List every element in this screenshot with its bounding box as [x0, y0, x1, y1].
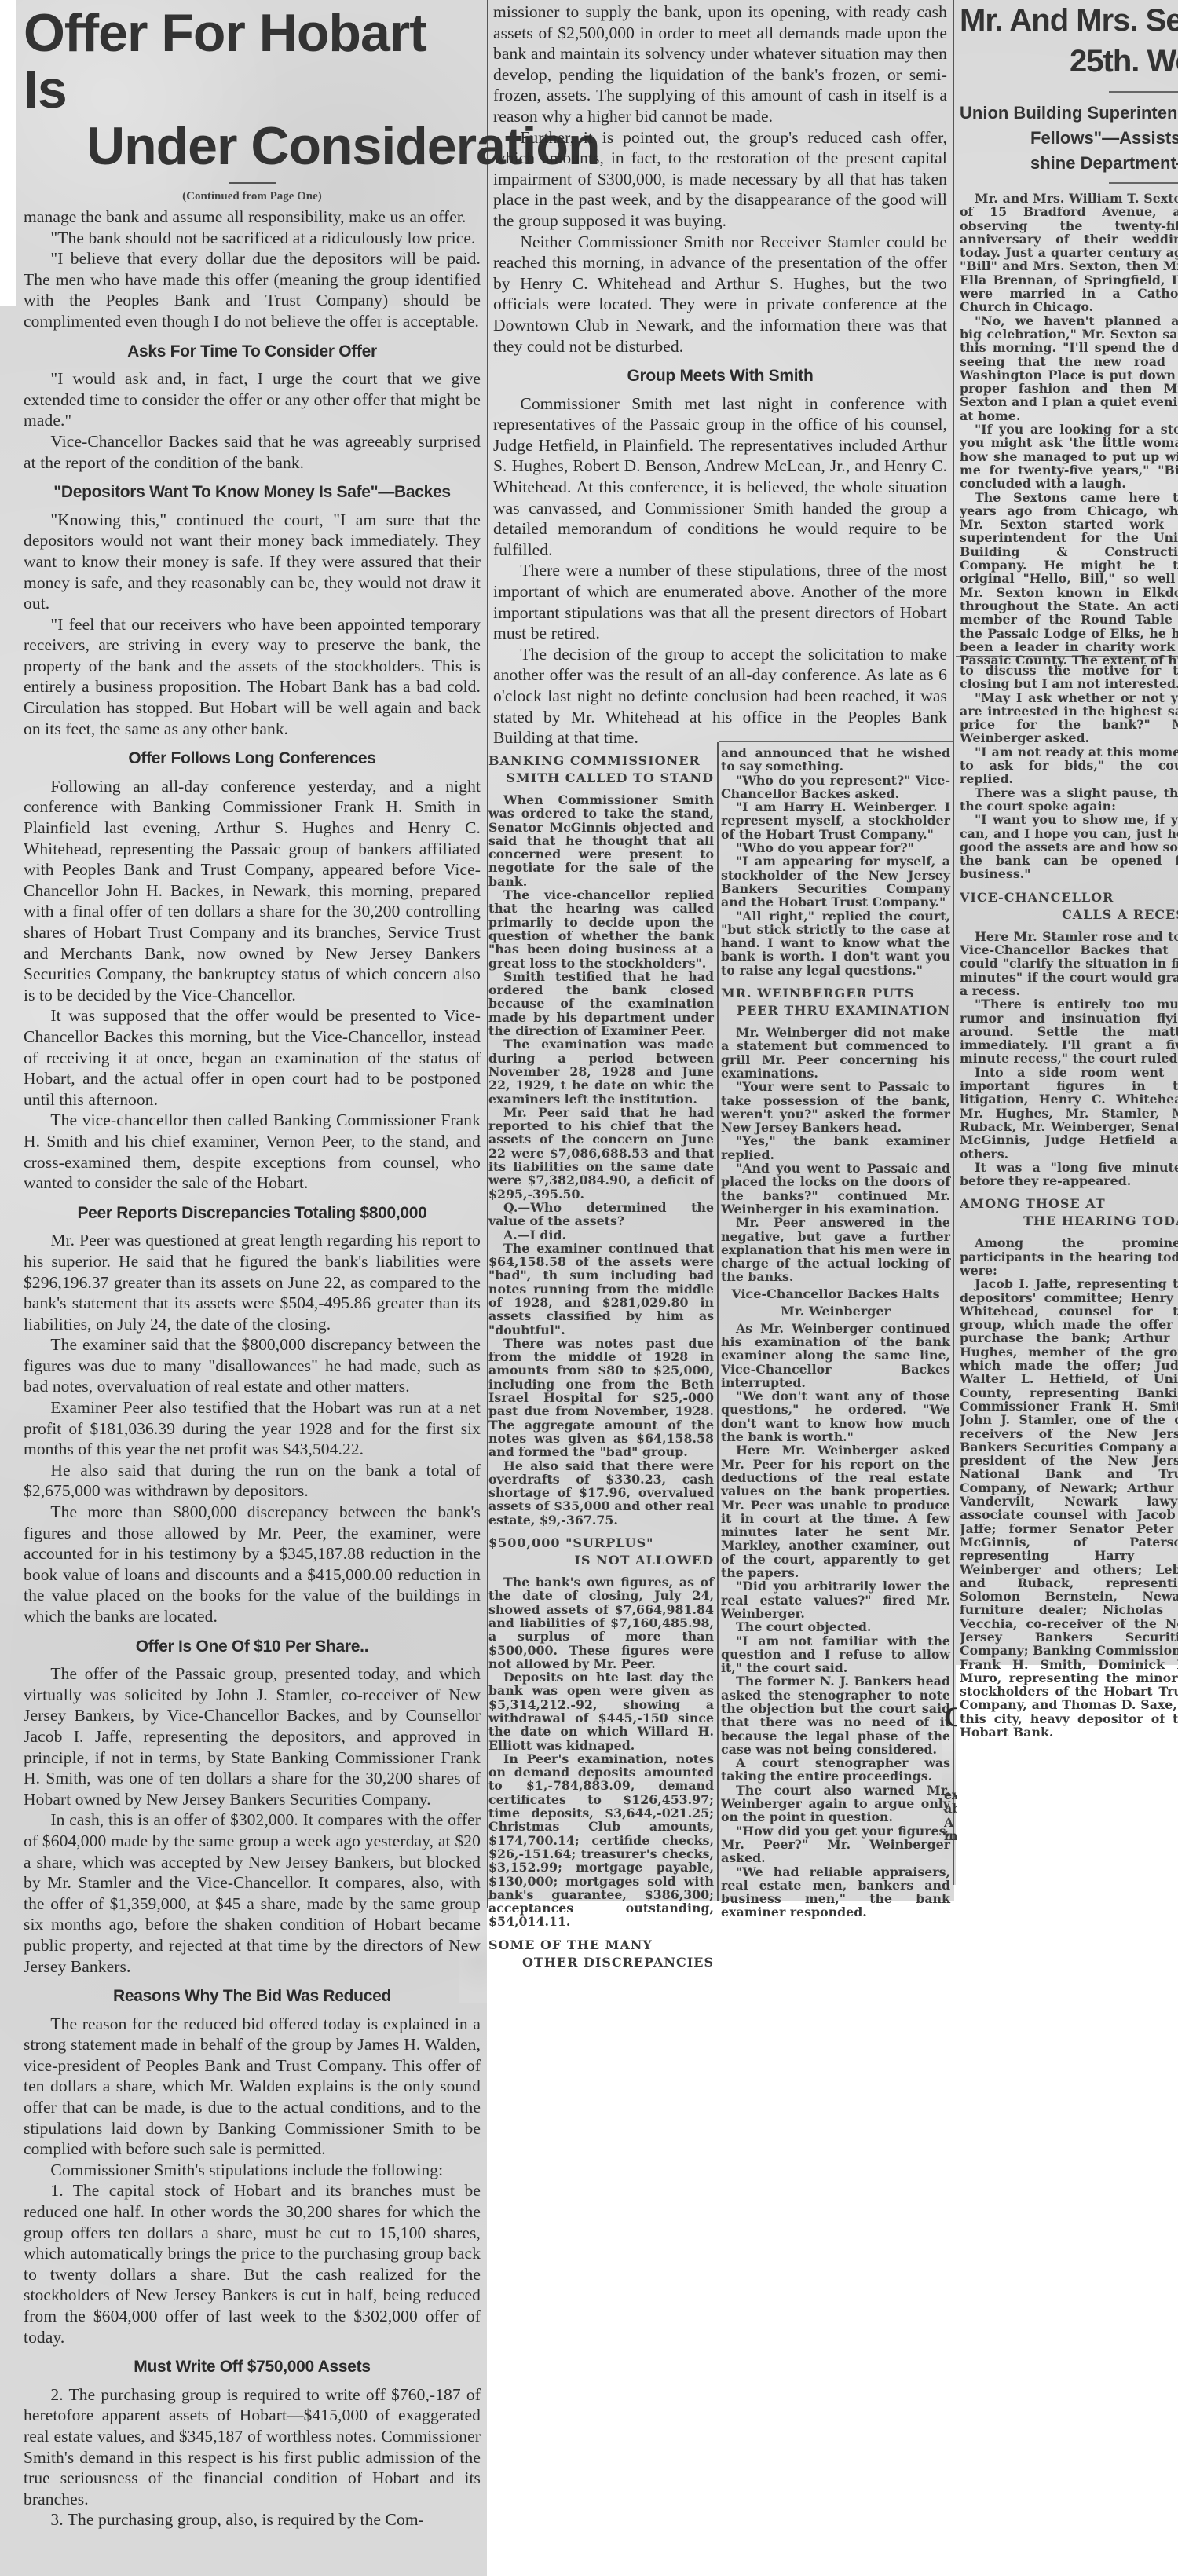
paragraph: "And you went to Passaic and placed the … [721, 1162, 950, 1216]
paragraph: "There is entirely too much rumor and in… [960, 997, 1178, 1065]
paragraph: "I would ask and, in fact, I urge the co… [24, 368, 481, 431]
paragraph: Vice-Chancellor Backes said that he was … [24, 431, 481, 473]
paragraph: Commissioner Smith met last night in con… [493, 393, 947, 561]
paragraph: Deposits on hte last day the bank was op… [488, 1670, 714, 1752]
heading-line: AMONG THOSE AT [960, 1195, 1178, 1213]
middle-right-column: and announced that he wished to say some… [721, 746, 950, 1919]
headline-line-1: Offer For Hobart Is [24, 5, 481, 118]
paragraph: A.—I did. [488, 1228, 714, 1242]
paragraph: "If you are looking for a story you migh… [960, 423, 1178, 490]
paragraph: Smith testified that he had ordered the … [488, 970, 714, 1037]
paragraph: "I am Harry H. Weinberger. I represent m… [721, 800, 950, 841]
divider [1109, 91, 1178, 93]
fragment-line: A [944, 1816, 957, 1829]
paragraph: "We don't want any of those questions," … [721, 1389, 950, 1444]
heading-line: SMITH CALLED TO STAND [488, 770, 714, 787]
paragraph: He also said that there were overdrafts … [488, 1459, 714, 1527]
section-heading: Offer Follows Long Conferences [24, 748, 481, 770]
section-heading: VICE-CHANCELLORCALLS A RECESS [960, 889, 1178, 924]
paragraph: Jacob I. Jaffe, representing the deposit… [960, 1277, 1178, 1739]
paragraph: Q.—Who determined the value of the asset… [488, 1201, 714, 1228]
paragraph: The vice-chancellor replied that the hea… [488, 888, 714, 970]
right-headline-line-1: Mr. And Mrs. Sexton [960, 0, 1178, 41]
paragraph: "Did you arbitrarily lower the real esta… [721, 1579, 950, 1620]
paragraph: As Mr. Weinberger continued his examinat… [721, 1322, 950, 1389]
paragraph: The examiner said that the $800,000 disc… [24, 1334, 481, 1397]
heading-line: IS NOT ALLOWED [488, 1552, 714, 1569]
paragraph: "I am appearing for myself, a stockholde… [721, 854, 950, 909]
paragraph: It was supposed that the offer would be … [24, 1005, 481, 1110]
paragraph: "We had reliable appraisers, real estate… [721, 1865, 950, 1919]
paragraph: The reason for the reduced bid offered t… [24, 2014, 481, 2160]
headline: Offer For Hobart Is Under Consideration [24, 5, 481, 174]
paragraph: "No, we haven't planned any big celebrat… [960, 314, 1178, 423]
right-headline-line-2: 25th. We [960, 41, 1178, 82]
section-heading: Peer Reports Discrepancies Totaling $800… [24, 1203, 481, 1224]
divider [1109, 182, 1178, 184]
paragraph: "I want you to show me, if you can, and … [960, 813, 1178, 880]
paragraph: Further, it is pointed out, the group's … [493, 127, 947, 232]
deck-line: Union Building Superintendent [960, 101, 1178, 126]
section-heading: "Depositors Want To Know Money Is Safe"—… [24, 482, 481, 503]
section-heading: Group Meets With Smith [493, 366, 947, 387]
section-heading: Must Write Off $750,000 Assets [24, 2357, 481, 2378]
fragment-line: in [944, 1829, 957, 1842]
paragraph: 2. The purchasing group is required to w… [24, 2384, 481, 2510]
article-body: manage the bank and assume all responsib… [24, 207, 481, 2530]
paragraph: "Your were sent to Passaic to take posse… [721, 1080, 950, 1134]
paragraph: "Knowing this," continued the court, "I … [24, 510, 481, 614]
section-heading: Offer Is One Of $10 Per Share.. [24, 1637, 481, 1658]
paragraph: "Who do you represent?" Vice-Chancellor … [721, 774, 950, 801]
paragraph: Mr. Peer was questioned at great length … [24, 1230, 481, 1334]
paragraph: 3. The purchasing group, also, is requir… [24, 2509, 481, 2530]
paragraph: manage the bank and assume all responsib… [24, 207, 481, 228]
paragraph: "Yes," the bank examiner replied. [721, 1134, 950, 1162]
paragraph: When Commissioner Smith was ordered to t… [488, 793, 714, 888]
paragraph: missioner to supply the bank, upon its o… [493, 2, 947, 127]
paragraph: Here Mr. Stamler rose and told Vice-Chan… [960, 930, 1178, 997]
paragraph: The former N. J. Bankers head asked the … [721, 1674, 950, 1756]
paragraph: Examiner Peer also testified that the Ho… [24, 1397, 481, 1460]
section-heading: $500,000 "SURPLUS"IS NOT ALLOWED [488, 1535, 714, 1569]
deck: Union Building SuperintendentFellows"—As… [960, 101, 1178, 176]
heading-line: SOME OF THE MANY [488, 1937, 714, 1954]
deck-line: Fellows"—Assists "Tom" [960, 126, 1178, 151]
heading-line: CALLS A RECESS [960, 906, 1178, 924]
section-heading: Asks For Time To Consider Offer [24, 342, 481, 363]
paragraph: Mr. Peer said that he had reported to hi… [488, 1106, 714, 1201]
paragraph: It was a "long five minutes" before they… [960, 1161, 1178, 1188]
paragraph: The bank's own figures, as of the date o… [488, 1575, 714, 1670]
paragraph: Commissioner Smith's stipulations includ… [24, 2160, 481, 2181]
paragraph: The more than $800,000 discrepancy betwe… [24, 1502, 481, 1627]
paragraph: to discuss the motive for the closing bu… [960, 664, 1178, 691]
paragraph: The Sextons came here ten years ago from… [960, 491, 1178, 668]
fragment-line: ab [944, 1802, 957, 1815]
column-rule [953, 0, 954, 1885]
middle-left-column: BANKING COMMISSIONERSMITH CALLED TO STAN… [488, 745, 714, 1978]
paragraph: "How did you get your figures, Mr. Peer?… [721, 1824, 950, 1865]
paragraph: "I feel that our receivers who have been… [24, 614, 481, 740]
paragraph: Mr. Peer answered in the negative, but g… [721, 1216, 950, 1283]
continued-note: (Continued from Page One) [24, 190, 481, 203]
paragraph: Among the prominent participants in the … [960, 1236, 1178, 1277]
heading-line: $500,000 "SURPLUS" [488, 1535, 714, 1552]
article-body: Mr. and Mrs. William T. Sexton, of 15 Br… [960, 192, 1178, 667]
heading-line: THE HEARING TODAY [960, 1213, 1178, 1230]
section-heading: AMONG THOSE ATTHE HEARING TODAY [960, 1195, 1178, 1230]
paragraph: The vice-chancellor then called Banking … [24, 1110, 481, 1193]
paragraph: The examination was made during a period… [488, 1037, 714, 1105]
fragment-lines: exabAin [944, 1788, 957, 1842]
paragraph: The court objected. [721, 1620, 950, 1634]
heading-line: BANKING COMMISSIONER [488, 752, 714, 770]
paragraph: Mr. Weinberger did not make a statement … [721, 1026, 950, 1080]
left-article: Offer For Hobart Is Under Consideration … [24, 0, 481, 2530]
deck-line: shine Department—Busy [960, 151, 1178, 176]
section-heading: SOME OF THE MANYOTHER DISCREPANCIES [488, 1937, 714, 1971]
right-fragment: C exabAin [944, 1700, 957, 1842]
paragraph: "I am not familiar with the question and… [721, 1634, 950, 1675]
heading-line: PEER THRU EXAMINATION [721, 1002, 950, 1019]
paragraph: "I am not ready at this moment to ask fo… [960, 745, 1178, 786]
column-rule [717, 742, 719, 1901]
paragraph: A court stenographer was taking the enti… [721, 1756, 950, 1784]
paragraph: There were a number of these stipulation… [493, 560, 947, 643]
paragraph: There was notes past due from the middle… [488, 1337, 714, 1459]
right-headline: Mr. And Mrs. Sexton 25th. We [960, 0, 1178, 82]
middle-top: missioner to supply the bank, upon its o… [493, 2, 947, 748]
paragraph: "Who do you appear for?" [721, 841, 950, 854]
paragraph: "I believe that every dollar due the dep… [24, 248, 481, 331]
paragraph: In cash, this is an offer of $302,000. I… [24, 1809, 481, 1977]
paragraph: The court also warned Mr. Weinberger aga… [721, 1784, 950, 1824]
fragment-letter: C [944, 1700, 957, 1733]
paragraph: and announced that he wished to say some… [721, 746, 950, 774]
paragraph: He also said that during the run on the … [24, 1460, 481, 1502]
section-heading: Vice-Chancellor Backes Halts Mr. Weinber… [721, 1286, 950, 1320]
paragraph: There was a slight pause, then the court… [960, 786, 1178, 814]
paragraph: The offer of the Passaic group, presente… [24, 1663, 481, 1809]
paragraph: Into a side room went all important figu… [960, 1066, 1178, 1161]
heading-line: OTHER DISCREPANCIES [488, 1954, 714, 1971]
right-article: Mr. And Mrs. Sexton 25th. We Union Build… [960, 0, 1178, 667]
paragraph: "May I ask whether or not you are intree… [960, 691, 1178, 745]
section-heading: BANKING COMMISSIONERSMITH CALLED TO STAN… [488, 752, 714, 787]
section-heading: Reasons Why The Bid Was Reduced [24, 1986, 481, 2007]
paragraph: The examiner continued that $64,158.58 o… [488, 1242, 714, 1337]
paragraph: Here Mr. Weinberger asked Mr. Peer for h… [721, 1444, 950, 1579]
headline-line-2: Under Consideration [24, 118, 481, 174]
paragraph: "All right," replied the court, "but sti… [721, 909, 950, 977]
paragraph: 1. The capital stock of Hobart and its b… [24, 2180, 481, 2347]
heading-line: MR. WEINBERGER PUTS [721, 985, 950, 1002]
right-continued-column: to discuss the motive for the closing bu… [960, 664, 1178, 1739]
paragraph: Neither Commissioner Smith nor Receiver … [493, 232, 947, 357]
paragraph: "The bank should not be sacrificed at a … [24, 228, 481, 249]
article-body: missioner to supply the bank, upon its o… [493, 2, 947, 748]
divider [229, 182, 276, 184]
paragraph: The decision of the group to accept the … [493, 644, 947, 748]
paragraph: Mr. and Mrs. William T. Sexton, of 15 Br… [960, 192, 1178, 314]
paragraph: In Peer's examination, notes on demand d… [488, 1752, 714, 1929]
paragraph: Following an all-day conference yesterda… [24, 776, 481, 1006]
heading-line: VICE-CHANCELLOR [960, 889, 1178, 906]
fragment-line: ex [944, 1788, 957, 1802]
section-heading: MR. WEINBERGER PUTSPEER THRU EXAMINATION [721, 985, 950, 1019]
